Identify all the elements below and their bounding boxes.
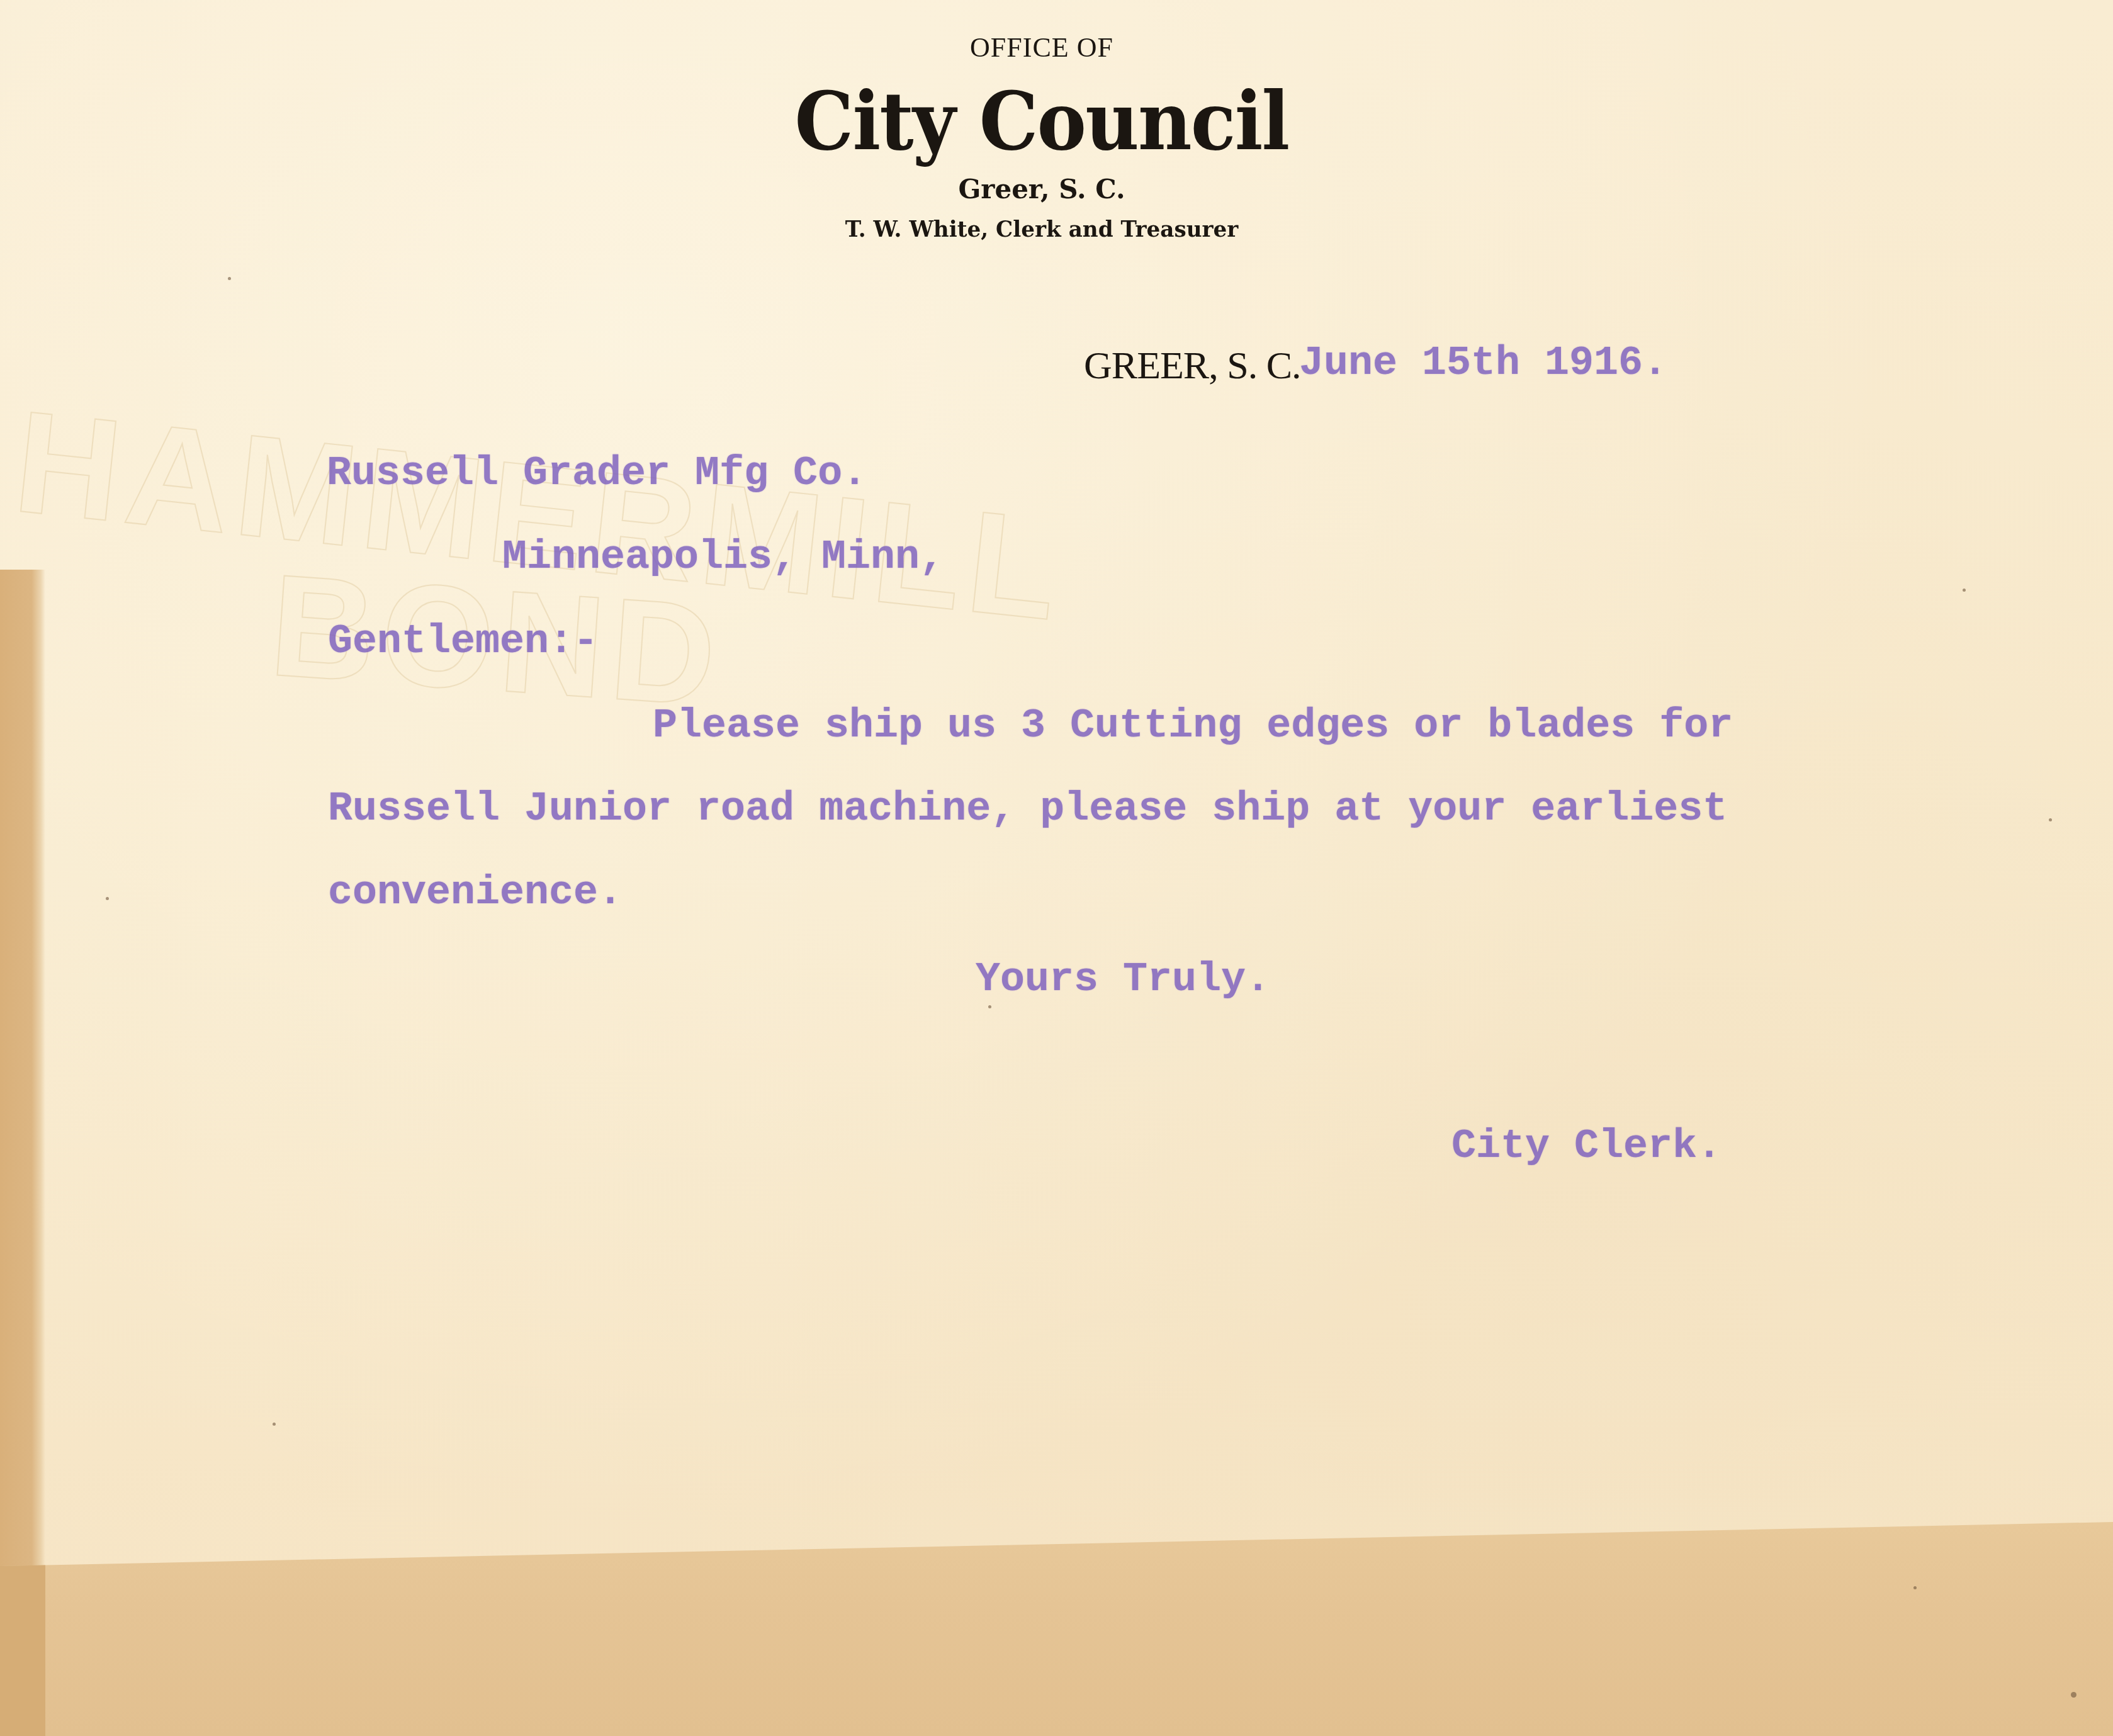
letterhead-office-of: OFFICE OF [0, 31, 2083, 64]
letter-paper [0, 0, 2113, 1736]
salutation: Gentlemen:- [328, 621, 598, 662]
paper-speck [273, 1423, 276, 1426]
letterhead-title: City Council [83, 74, 2000, 169]
dateline-printed-place: GREER, S. C. [1084, 344, 1301, 388]
dateline-typed-date: June 15th 1916. [1299, 343, 1667, 384]
body-line-2: Russell Junior road machine, please ship… [328, 789, 1727, 830]
body-line-3: convenience. [328, 872, 623, 913]
paper-speck [106, 897, 109, 900]
signature: City Clerk. [1451, 1126, 1721, 1167]
paper-speck [988, 1005, 991, 1008]
closing: Yours Truly. [976, 959, 1270, 1000]
paper-speck [2049, 818, 2052, 821]
paper-speck [2071, 1692, 2076, 1698]
left-backing-strip [0, 570, 45, 1736]
recipient-name: Russell Grader Mfg Co. [327, 453, 867, 494]
body-line-1: Please ship us 3 Cutting edges or blades… [653, 706, 1733, 747]
paper-speck [1963, 589, 1966, 592]
paper-speck [1913, 1586, 1917, 1589]
recipient-location: Minneapolis, Minn, [502, 537, 944, 578]
letterhead-city: Greer, S. C. [0, 174, 2083, 205]
paper-speck [228, 277, 231, 280]
letterhead-clerk: T. W. White, Clerk and Treasurer [52, 216, 2032, 242]
